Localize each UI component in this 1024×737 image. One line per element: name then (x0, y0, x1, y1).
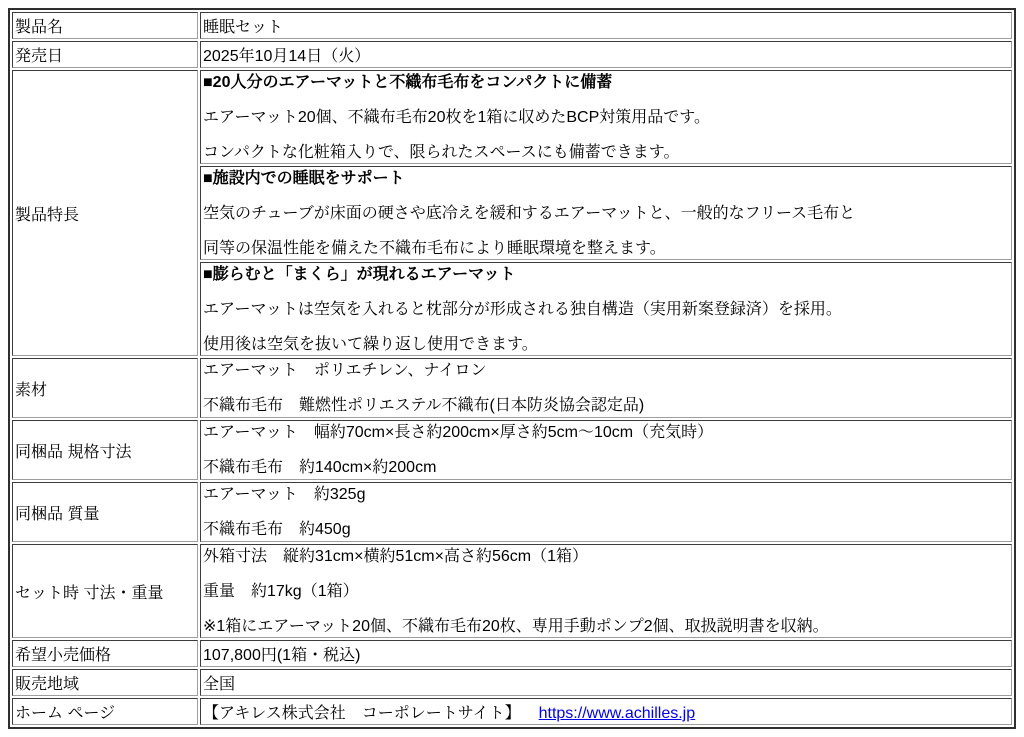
feature-line: エアーマットは空気を入れると枕部分が形成される独自構造（実用新案登録済）を採用。 (203, 300, 1009, 319)
row-label-sales-area: 販売地域 (12, 669, 198, 696)
row-label-release-date: 発売日 (12, 41, 198, 68)
row-value-included-dimensions: エアーマット 幅約70cm×長さ約200cm×厚さ約5cm～10cm（充気時） … (200, 420, 1012, 480)
row-value-features-2: ■施設内での睡眠をサポート 空気のチューブが床面の硬さや底冷えを緩和するエアーマ… (200, 166, 1012, 260)
row-set-dimensions-weight: セット時 寸法・重量 外箱寸法 縦約31cm×横約51cm×高さ約56cm（1箱… (12, 544, 1012, 638)
spec-table: 製品名 睡眠セット 発売日 2025年10月14日（火） 製品特長 ■20人分の… (8, 8, 1016, 729)
feature-line: エアーマット20個、不織布毛布20枚を1箱に収めたBCP対策用品です。 (203, 108, 1009, 127)
row-value-sales-area: 全国 (200, 669, 1012, 696)
row-value-included-weight: エアーマット 約325g 不織布毛布 約450g (200, 482, 1012, 542)
feature-line: コンパクトな化粧箱入りで、限られたスペースにも備蓄できます。 (203, 143, 1009, 162)
material-line: 不織布毛布 難燃性ポリエステル不織布(日本防炎協会認定品) (203, 396, 1009, 415)
row-included-dimensions: 同梱品 規格寸法 エアーマット 幅約70cm×長さ約200cm×厚さ約5cm～1… (12, 420, 1012, 480)
weight-line: エアーマット 約325g (203, 485, 1009, 504)
feature-line: 使用後は空気を抜いて繰り返し使用できます。 (203, 335, 1009, 354)
row-material: 素材 エアーマット ポリエチレン、ナイロン 不織布毛布 難燃性ポリエステル不織布… (12, 358, 1012, 418)
feature-heading: ■膨らむと「まくら」が現れるエアーマット (203, 265, 1009, 284)
homepage-site-label: 【アキレス株式会社 コーポレートサイト】 (203, 705, 521, 722)
row-value-product-name: 睡眠セット (200, 12, 1012, 39)
feature-heading: ■20人分のエアーマットと不織布毛布をコンパクトに備蓄 (203, 73, 1009, 92)
feature-line: 空気のチューブが床面の硬さや底冷えを緩和するエアーマットと、一般的なフリース毛布… (203, 204, 1009, 223)
row-label-material: 素材 (12, 358, 198, 418)
row-label-price: 希望小売価格 (12, 640, 198, 667)
row-label-features: 製品特長 (12, 70, 198, 356)
row-label-included-weight: 同梱品 質量 (12, 482, 198, 542)
row-value-features-3: ■膨らむと「まくら」が現れるエアーマット エアーマットは空気を入れると枕部分が形… (200, 262, 1012, 356)
set-spec-line: 外箱寸法 縦約31cm×横約51cm×高さ約56cm（1箱） (203, 547, 1009, 566)
row-value-release-date: 2025年10月14日（火） (200, 41, 1012, 68)
row-release-date: 発売日 2025年10月14日（火） (12, 41, 1012, 68)
row-value-homepage: 【アキレス株式会社 コーポレートサイト】https://www.achilles… (200, 698, 1012, 725)
row-value-set-dimensions-weight: 外箱寸法 縦約31cm×横約51cm×高さ約56cm（1箱） 重量 約17kg（… (200, 544, 1012, 638)
row-homepage: ホーム ページ 【アキレス株式会社 コーポレートサイト】https://www.… (12, 698, 1012, 725)
row-included-weight: 同梱品 質量 エアーマット 約325g 不織布毛布 約450g (12, 482, 1012, 542)
set-spec-line: ※1箱にエアーマット20個、不織布毛布20枚、専用手動ポンプ2個、取扱説明書を収… (203, 617, 1009, 636)
dimension-line: エアーマット 幅約70cm×長さ約200cm×厚さ約5cm～10cm（充気時） (203, 423, 1009, 442)
row-value-features-1: ■20人分のエアーマットと不織布毛布をコンパクトに備蓄 エアーマット20個、不織… (200, 70, 1012, 164)
feature-line: 同等の保温性能を備えた不織布毛布により睡眠環境を整えます。 (203, 239, 1009, 258)
row-label-product-name: 製品名 (12, 12, 198, 39)
material-line: エアーマット ポリエチレン、ナイロン (203, 361, 1009, 380)
row-label-set-dimensions-weight: セット時 寸法・重量 (12, 544, 198, 638)
feature-heading: ■施設内での睡眠をサポート (203, 169, 1009, 188)
weight-line: 不織布毛布 約450g (203, 520, 1009, 539)
row-value-price: 107,800円(1箱・税込) (200, 640, 1012, 667)
row-value-material: エアーマット ポリエチレン、ナイロン 不織布毛布 難燃性ポリエステル不織布(日本… (200, 358, 1012, 418)
row-price: 希望小売価格 107,800円(1箱・税込) (12, 640, 1012, 667)
dimension-line: 不織布毛布 約140cm×約200cm (203, 458, 1009, 477)
row-product-name: 製品名 睡眠セット (12, 12, 1012, 39)
row-sales-area: 販売地域 全国 (12, 669, 1012, 696)
row-features-block-1: 製品特長 ■20人分のエアーマットと不織布毛布をコンパクトに備蓄 エアーマット2… (12, 70, 1012, 164)
homepage-link[interactable]: https://www.achilles.jp (539, 705, 696, 722)
row-label-homepage: ホーム ページ (12, 698, 198, 725)
set-spec-line: 重量 約17kg（1箱） (203, 582, 1009, 601)
row-label-included-dimensions: 同梱品 規格寸法 (12, 420, 198, 480)
